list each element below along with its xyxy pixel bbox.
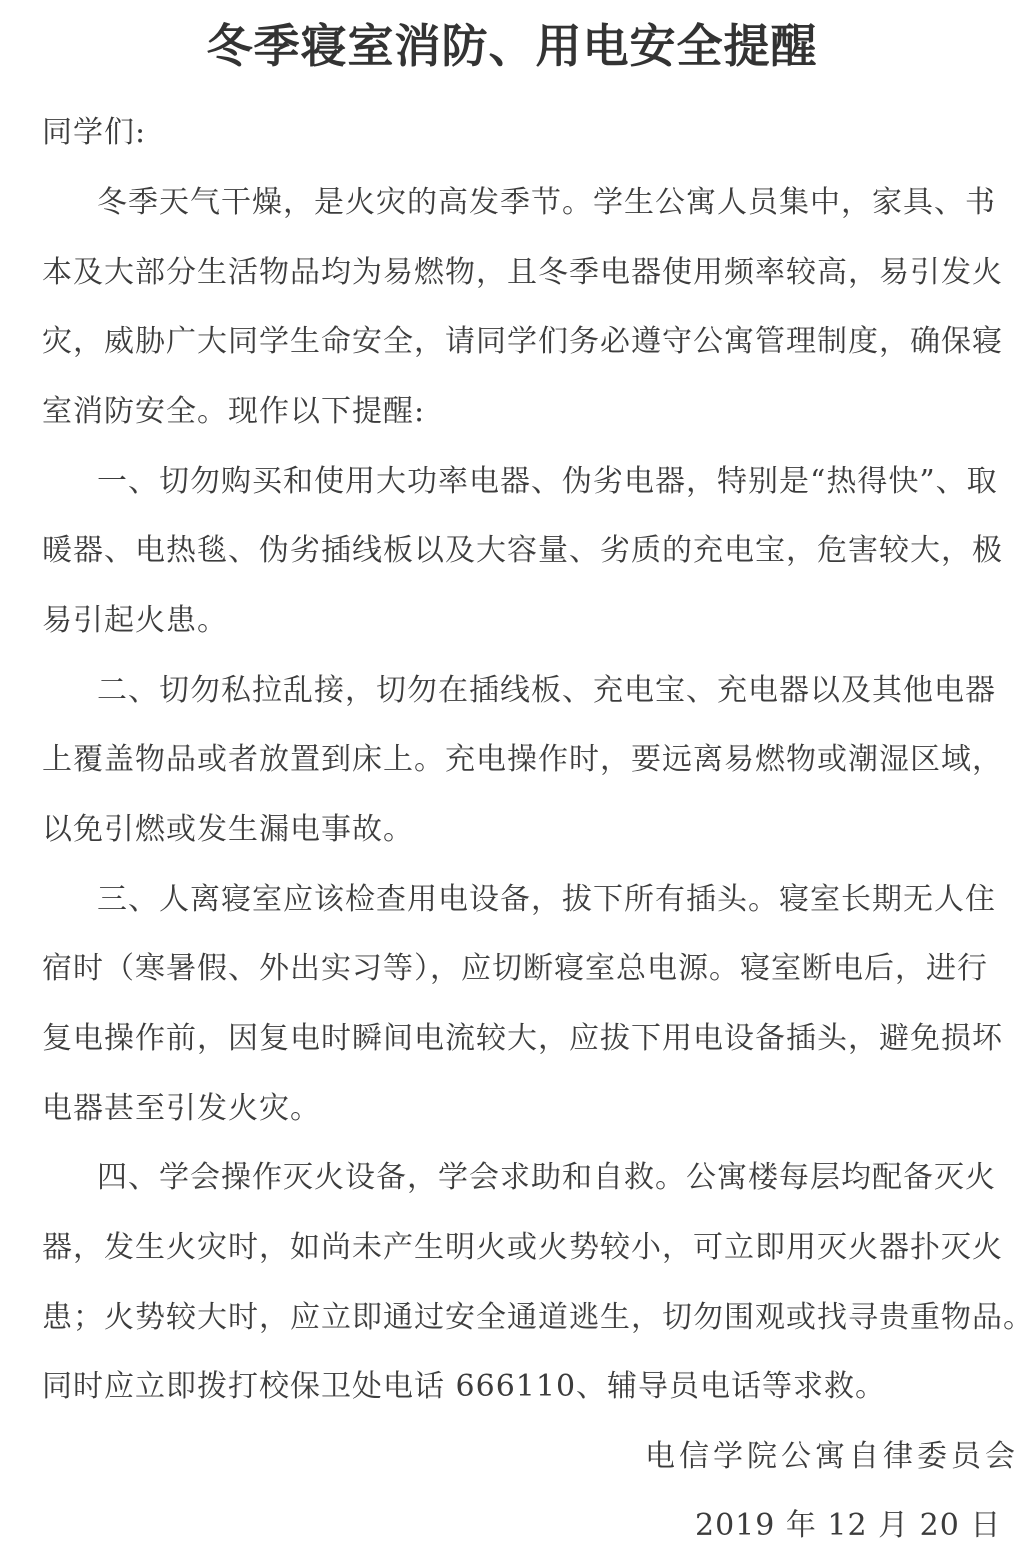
paragraph-line: 易引起火患。 (42, 601, 982, 641)
notice-document: 冬季寝室消防、用电安全提醒 同学们: 冬季天气干燥，是火灾的高发季节。学生公寓人… (0, 0, 1024, 1551)
signature-organization: 电信学院公寓自律委员会 (645, 1437, 1019, 1477)
paragraph-line: 二、切勿私拉乱接，切勿在插线板、充电宝、充电器以及其他电器 (97, 671, 982, 711)
paragraph-line: 复电操作前，因复电时瞬间电流较大，应拔下用电设备插头，避免损坏 (42, 1019, 982, 1059)
paragraph-line: 同时应立即拨打校保卫处电话 666110、辅导员电话等求救。 (42, 1367, 982, 1407)
paragraph-line: 一、切勿购买和使用大功率电器、伪劣电器，特别是“热得快”、取 (97, 462, 982, 502)
paragraph-line: 以免引燃或发生漏电事故。 (42, 810, 982, 850)
paragraph-line: 宿时（寒暑假、外出实习等），应切断寝室总电源。寝室断电后，进行 (42, 949, 982, 989)
paragraph-line: 四、学会操作灭火设备，学会求助和自救。公寓楼每层均配备灭火 (97, 1158, 982, 1198)
paragraph-line: 暖器、电热毯、伪劣插线板以及大容量、劣质的充电宝，危害较大，极 (42, 531, 982, 571)
paragraph-line: 器，发生火灾时，如尚未产生明火或火势较小，可立即用灭火器扑灭火 (42, 1228, 982, 1268)
signature-date: 2019 年 12 月 20 日 (695, 1506, 1001, 1546)
paragraph-line: 三、人离寝室应该检查用电设备，拔下所有插头。寝室长期无人住 (97, 880, 982, 920)
paragraph-line: 室消防安全。现作以下提醒: (42, 392, 982, 432)
paragraph-line: 本及大部分生活物品均为易燃物，且冬季电器使用频率较高，易引发火 (42, 253, 982, 293)
paragraph-line: 患；火势较大时，应立即通过安全通道逃生，切勿围观或找寻贵重物品。 (42, 1298, 982, 1338)
paragraph-line: 灾，威胁广大同学生命安全，请同学们务必遵守公寓管理制度，确保寝 (42, 322, 982, 362)
paragraph-line: 电器甚至引发火灾。 (42, 1089, 982, 1129)
paragraph-line: 上覆盖物品或者放置到床上。充电操作时，要远离易燃物或潮湿区域， (42, 740, 982, 780)
salutation: 同学们: (42, 113, 982, 153)
document-title: 冬季寝室消防、用电安全提醒 (0, 14, 1024, 78)
paragraph-line: 冬季天气干燥，是火灾的高发季节。学生公寓人员集中，家具、书 (97, 183, 982, 223)
